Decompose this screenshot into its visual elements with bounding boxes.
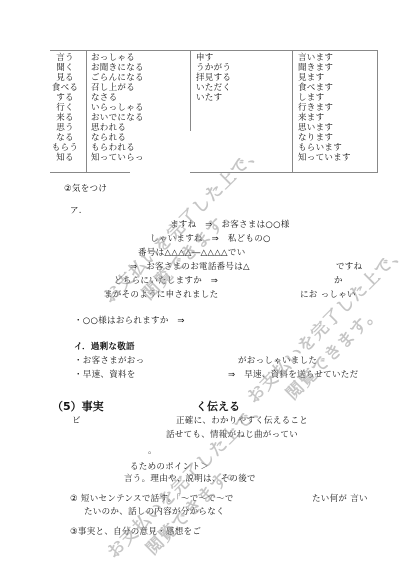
mark: 。 bbox=[148, 446, 157, 456]
table-divider bbox=[292, 51, 293, 173]
table-col-sonkeigo: おっしゃるお聞きになるごらんになる 召し上がるなさるいらっしゃる おいでになる思… bbox=[91, 53, 144, 163]
table-divider bbox=[377, 51, 378, 173]
section-heading: ②気をつけ bbox=[64, 184, 107, 194]
table-divider bbox=[86, 51, 87, 173]
table-col-teineigo: 言います聞きます見ます 食べますします行きます 来ます思いますなります もらいま… bbox=[298, 53, 351, 163]
table-col-verbs: 言う聞く見る 食べるする行く 来る思うなる もらう知る bbox=[50, 53, 80, 163]
subsection-label-a: ア. bbox=[70, 206, 82, 216]
watermark: お支払いを完了した上で、 閲覧できます。 bbox=[240, 237, 410, 425]
table-col-kenjougo: 申すうかがう拝見する いただくいたす bbox=[196, 53, 231, 103]
bullet-line: ・早速、資料を bbox=[74, 370, 136, 380]
keigo-table: 言う聞く見る 食べるする行く 来る思うなる もらう知る おっしゃるお聞きになるご… bbox=[50, 50, 378, 173]
text-fragment: たい何が 言い bbox=[312, 494, 368, 504]
subsection-label-i: イ．過剰な敬語 bbox=[74, 342, 135, 352]
text-fragment: か bbox=[334, 276, 343, 286]
table-divider bbox=[190, 51, 191, 131]
table-bottom-border bbox=[50, 172, 130, 173]
section-heading: （5）事実 bbox=[52, 398, 104, 414]
paragraph: ビ bbox=[72, 416, 81, 426]
bullet-line: ・お客さまがおっ bbox=[74, 356, 144, 366]
